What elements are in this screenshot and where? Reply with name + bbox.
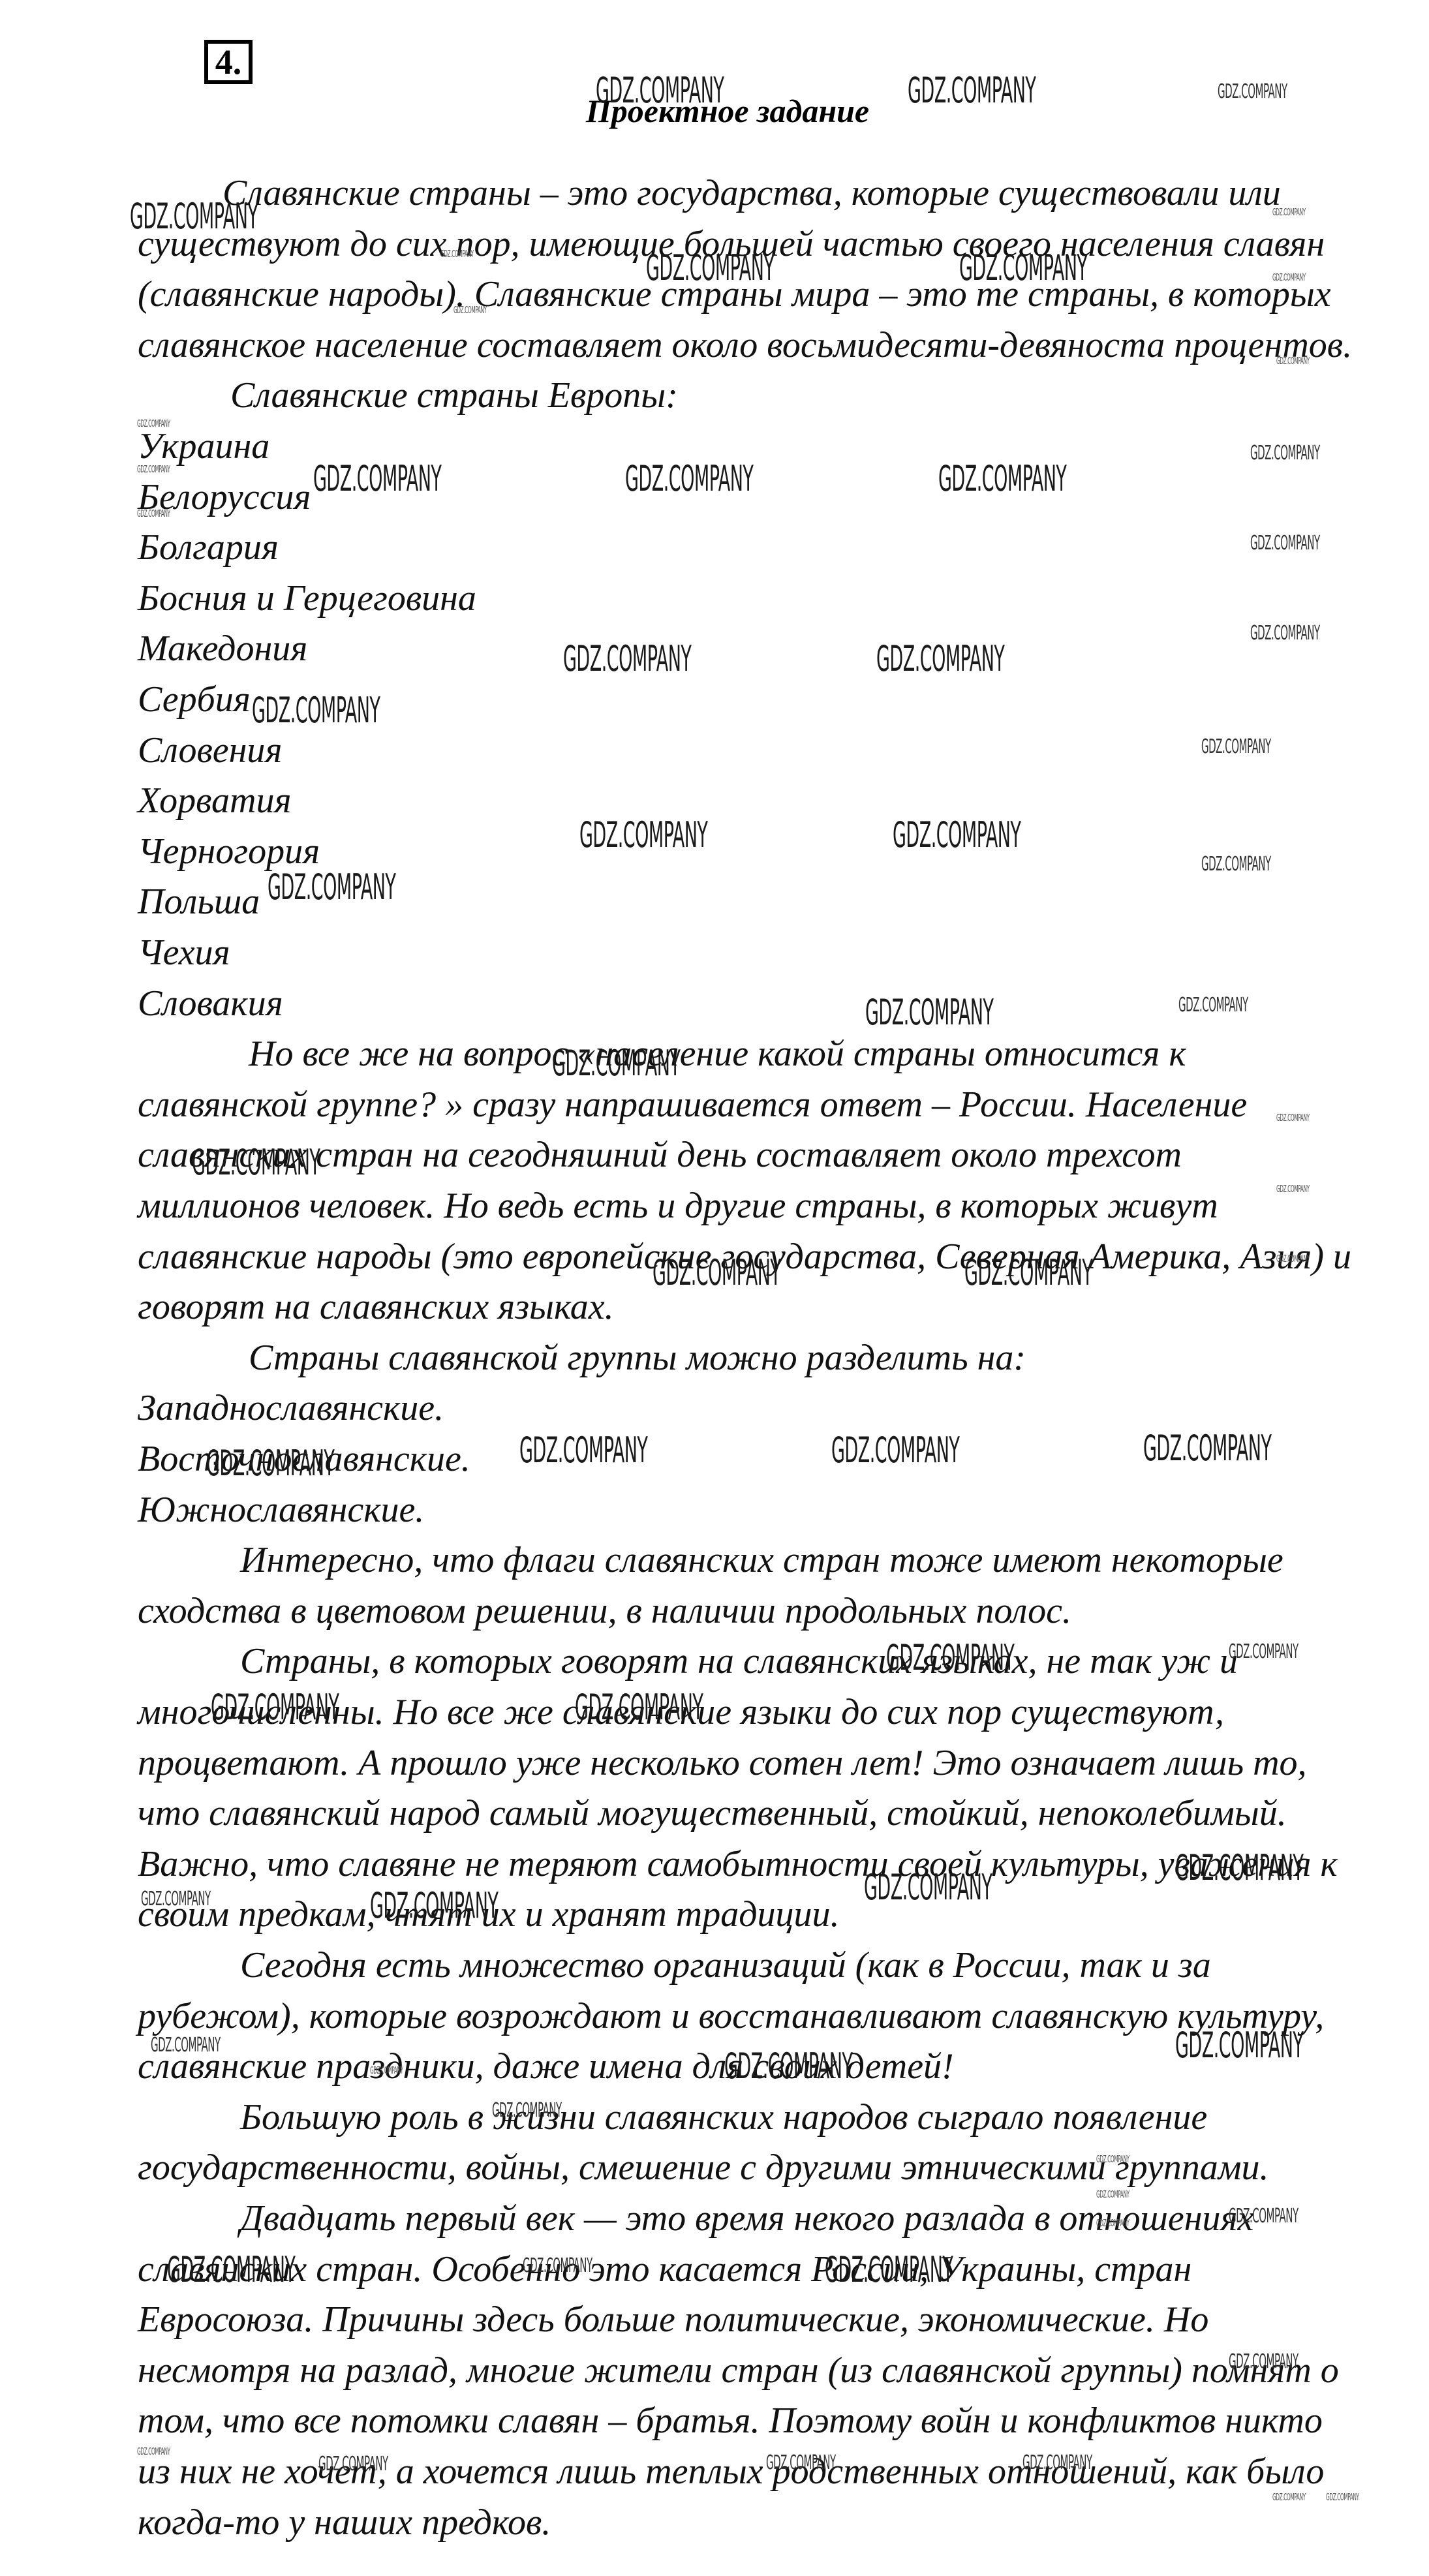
watermark-text: GDZ.COMPANY bbox=[1250, 534, 1320, 553]
watermark-text: GDZ.COMPANY bbox=[519, 1433, 647, 1468]
paragraph-line: своим предкам, чтят их и хранят традиции… bbox=[138, 1895, 840, 1934]
list-item: Босния и Герцеговина bbox=[138, 579, 476, 618]
watermark-text: GDZ.COMPANY bbox=[865, 995, 993, 1030]
paragraph-line: Славянские страны – это государства, кот… bbox=[223, 174, 1281, 213]
paragraph-line: Но все же на вопрос «население какой стр… bbox=[249, 1034, 1186, 1073]
watermark-text: GDZ.COMPANY bbox=[893, 818, 1021, 853]
watermark-text: GDZ.COMPANY bbox=[1178, 996, 1248, 1015]
watermark-text: GDZ.COMPANY bbox=[938, 461, 1066, 497]
watermark-text: GDZ.COMPANY bbox=[625, 461, 753, 497]
paragraph-line: славянских стран на сегодняшний день сос… bbox=[138, 1135, 1182, 1174]
paragraph-line: славянское население составляет около во… bbox=[138, 326, 1352, 365]
paragraph-line: Большую роль в жизни славянских народов … bbox=[240, 2098, 1207, 2137]
list-item: Македония bbox=[138, 629, 307, 668]
paragraph-line: славянские народы (это европейские госуд… bbox=[138, 1237, 1351, 1276]
paragraph-line: Страны, в которых говорят на славянских … bbox=[240, 1642, 1238, 1681]
paragraph-line: том, что все потомки славян – братья. По… bbox=[138, 2401, 1323, 2440]
watermark-text: GDZ.COMPANY bbox=[268, 870, 395, 905]
list-item: Словакия bbox=[138, 984, 283, 1023]
list-item: Белоруссия bbox=[138, 478, 311, 517]
watermark-text: GDZ.COMPANY bbox=[1276, 1113, 1310, 1123]
paragraph-line: многочисленны. Но все же славянские язык… bbox=[138, 1693, 1224, 1732]
paragraph-line: миллионов человек. Но ведь есть и другие… bbox=[138, 1186, 1218, 1225]
watermark-text: GDZ.COMPANY bbox=[563, 641, 691, 677]
watermark-text: GDZ.COMPANY bbox=[1250, 444, 1320, 463]
watermark-text: GDZ.COMPANY bbox=[1272, 2492, 1306, 2502]
list-item: Украина bbox=[138, 427, 269, 466]
list-item: Сербия bbox=[138, 680, 251, 719]
paragraph-line: Сегодня есть множество организаций (как … bbox=[240, 1946, 1211, 1985]
watermark-text: GDZ.COMPANY bbox=[1143, 1431, 1271, 1466]
paragraph-line: Двадцать первый век — это время некого р… bbox=[240, 2199, 1253, 2238]
paragraph-line: Важно, что славяне не теряют самобытност… bbox=[138, 1845, 1338, 1884]
list-item: Черногория bbox=[138, 832, 320, 871]
paragraph-line: несмотря на разлад, многие жители стран … bbox=[138, 2351, 1339, 2390]
document-page: 4. Проектное задание Славянские страны –… bbox=[0, 0, 1429, 2576]
paragraph-line: славянской группе? » сразу напрашивается… bbox=[138, 1085, 1247, 1124]
list-item: Западнославянские. bbox=[138, 1388, 444, 1428]
paragraph-line: (славянские народы). Славянские страны м… bbox=[138, 275, 1331, 314]
paragraph-line: славянские праздники, даже имена для сво… bbox=[138, 2047, 954, 2086]
paragraph-line: когда-то у наших предков. bbox=[138, 2503, 551, 2542]
paragraph-line: рубежом), которые возрождают и восстанав… bbox=[138, 1997, 1324, 2036]
paragraph-line: Интересно, что флаги славянских стран то… bbox=[240, 1541, 1283, 1580]
list-item: Болгария bbox=[138, 528, 279, 567]
watermark-text: GDZ.COMPANY bbox=[1276, 1184, 1310, 1194]
watermark-text: GDZ.COMPANY bbox=[831, 1433, 959, 1468]
watermark-text: GDZ.COMPANY bbox=[252, 693, 380, 728]
list-item: Польша bbox=[138, 882, 260, 921]
paragraph-line: Страны славянской группы можно разделить… bbox=[249, 1338, 1026, 1377]
list-item: Чехия bbox=[138, 933, 230, 972]
task-number-badge: 4. bbox=[204, 40, 253, 84]
paragraph-line: что славянский народ самый могущественны… bbox=[138, 1794, 1287, 1833]
list-item: Восточнославянские. bbox=[138, 1439, 470, 1479]
watermark-text: GDZ.COMPANY bbox=[1201, 737, 1271, 757]
paragraph-line: Славянские страны Европы: bbox=[230, 376, 678, 415]
paragraph-line: Евросоюза. Причины здесь больше политиче… bbox=[138, 2300, 1208, 2339]
watermark-text: GDZ.COMPANY bbox=[1229, 1642, 1298, 1662]
watermark-text: GDZ.COMPANY bbox=[1201, 855, 1271, 874]
paragraph-line: существуют до сих пор, имеющие большей ч… bbox=[138, 224, 1325, 264]
paragraph-line: говорят на славянских языках. bbox=[138, 1287, 614, 1326]
list-item: Хорватия bbox=[138, 781, 291, 820]
watermark-text: GDZ.COMPANY bbox=[1326, 2492, 1359, 2502]
watermark-text: GDZ.COMPANY bbox=[313, 461, 441, 497]
watermark-text: GDZ.COMPANY bbox=[1250, 624, 1320, 643]
paragraph-line: государственности, войны, смешение с дру… bbox=[138, 2148, 1269, 2187]
paragraph-line: из них не хочет, а хочется лишь теплых р… bbox=[138, 2452, 1324, 2491]
list-item: Южнославянские. bbox=[138, 1490, 424, 1529]
paragraph-line: процветают. А прошло уже несколько сотен… bbox=[138, 1743, 1307, 1783]
watermark-text: GDZ.COMPANY bbox=[876, 641, 1004, 677]
list-item: Словения bbox=[138, 731, 282, 770]
paragraph-line: сходства в цветовом решении, в наличии п… bbox=[138, 1591, 1071, 1631]
page-title: Проектное задание bbox=[0, 91, 1429, 130]
paragraph-line: славянских стран. Особенно это касается … bbox=[138, 2250, 1191, 2289]
watermark-text: GDZ.COMPANY bbox=[579, 818, 707, 853]
